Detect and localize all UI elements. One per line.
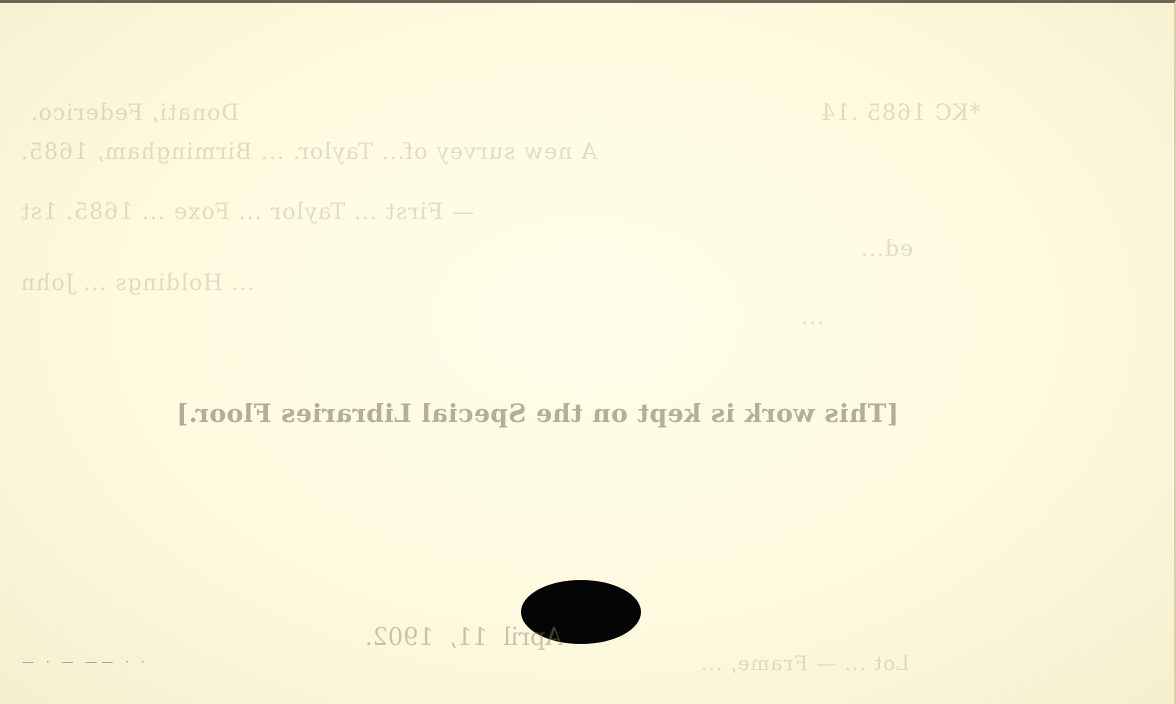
location-note: [This work is kept on the Special Librar… [176,399,899,428]
catalog-card: Donati, Federico. *KC 1685 .14 A new sur… [0,0,1176,704]
call-number: *KC 1685 .14 [820,101,981,126]
date-stamp: April 11, 1902. [365,623,563,651]
card-heading-line-6: ... [800,305,824,330]
card-heading-line-4: ed... [860,237,913,262]
card-heading-line-1: Donati, Federico. [30,101,239,126]
bottom-dashes: — · — —— · · [22,655,149,669]
card-heading-line-2: A new survey of... Taylor. ... Birmingha… [20,140,597,165]
card-heading-line-5: ... Holdings ... John [20,271,254,296]
bottom-line: Lot ... — Frame, ... [700,651,909,675]
card-heading-line-3: — First ... Taylor ... Foxe ... 1685. 1s… [20,200,474,225]
